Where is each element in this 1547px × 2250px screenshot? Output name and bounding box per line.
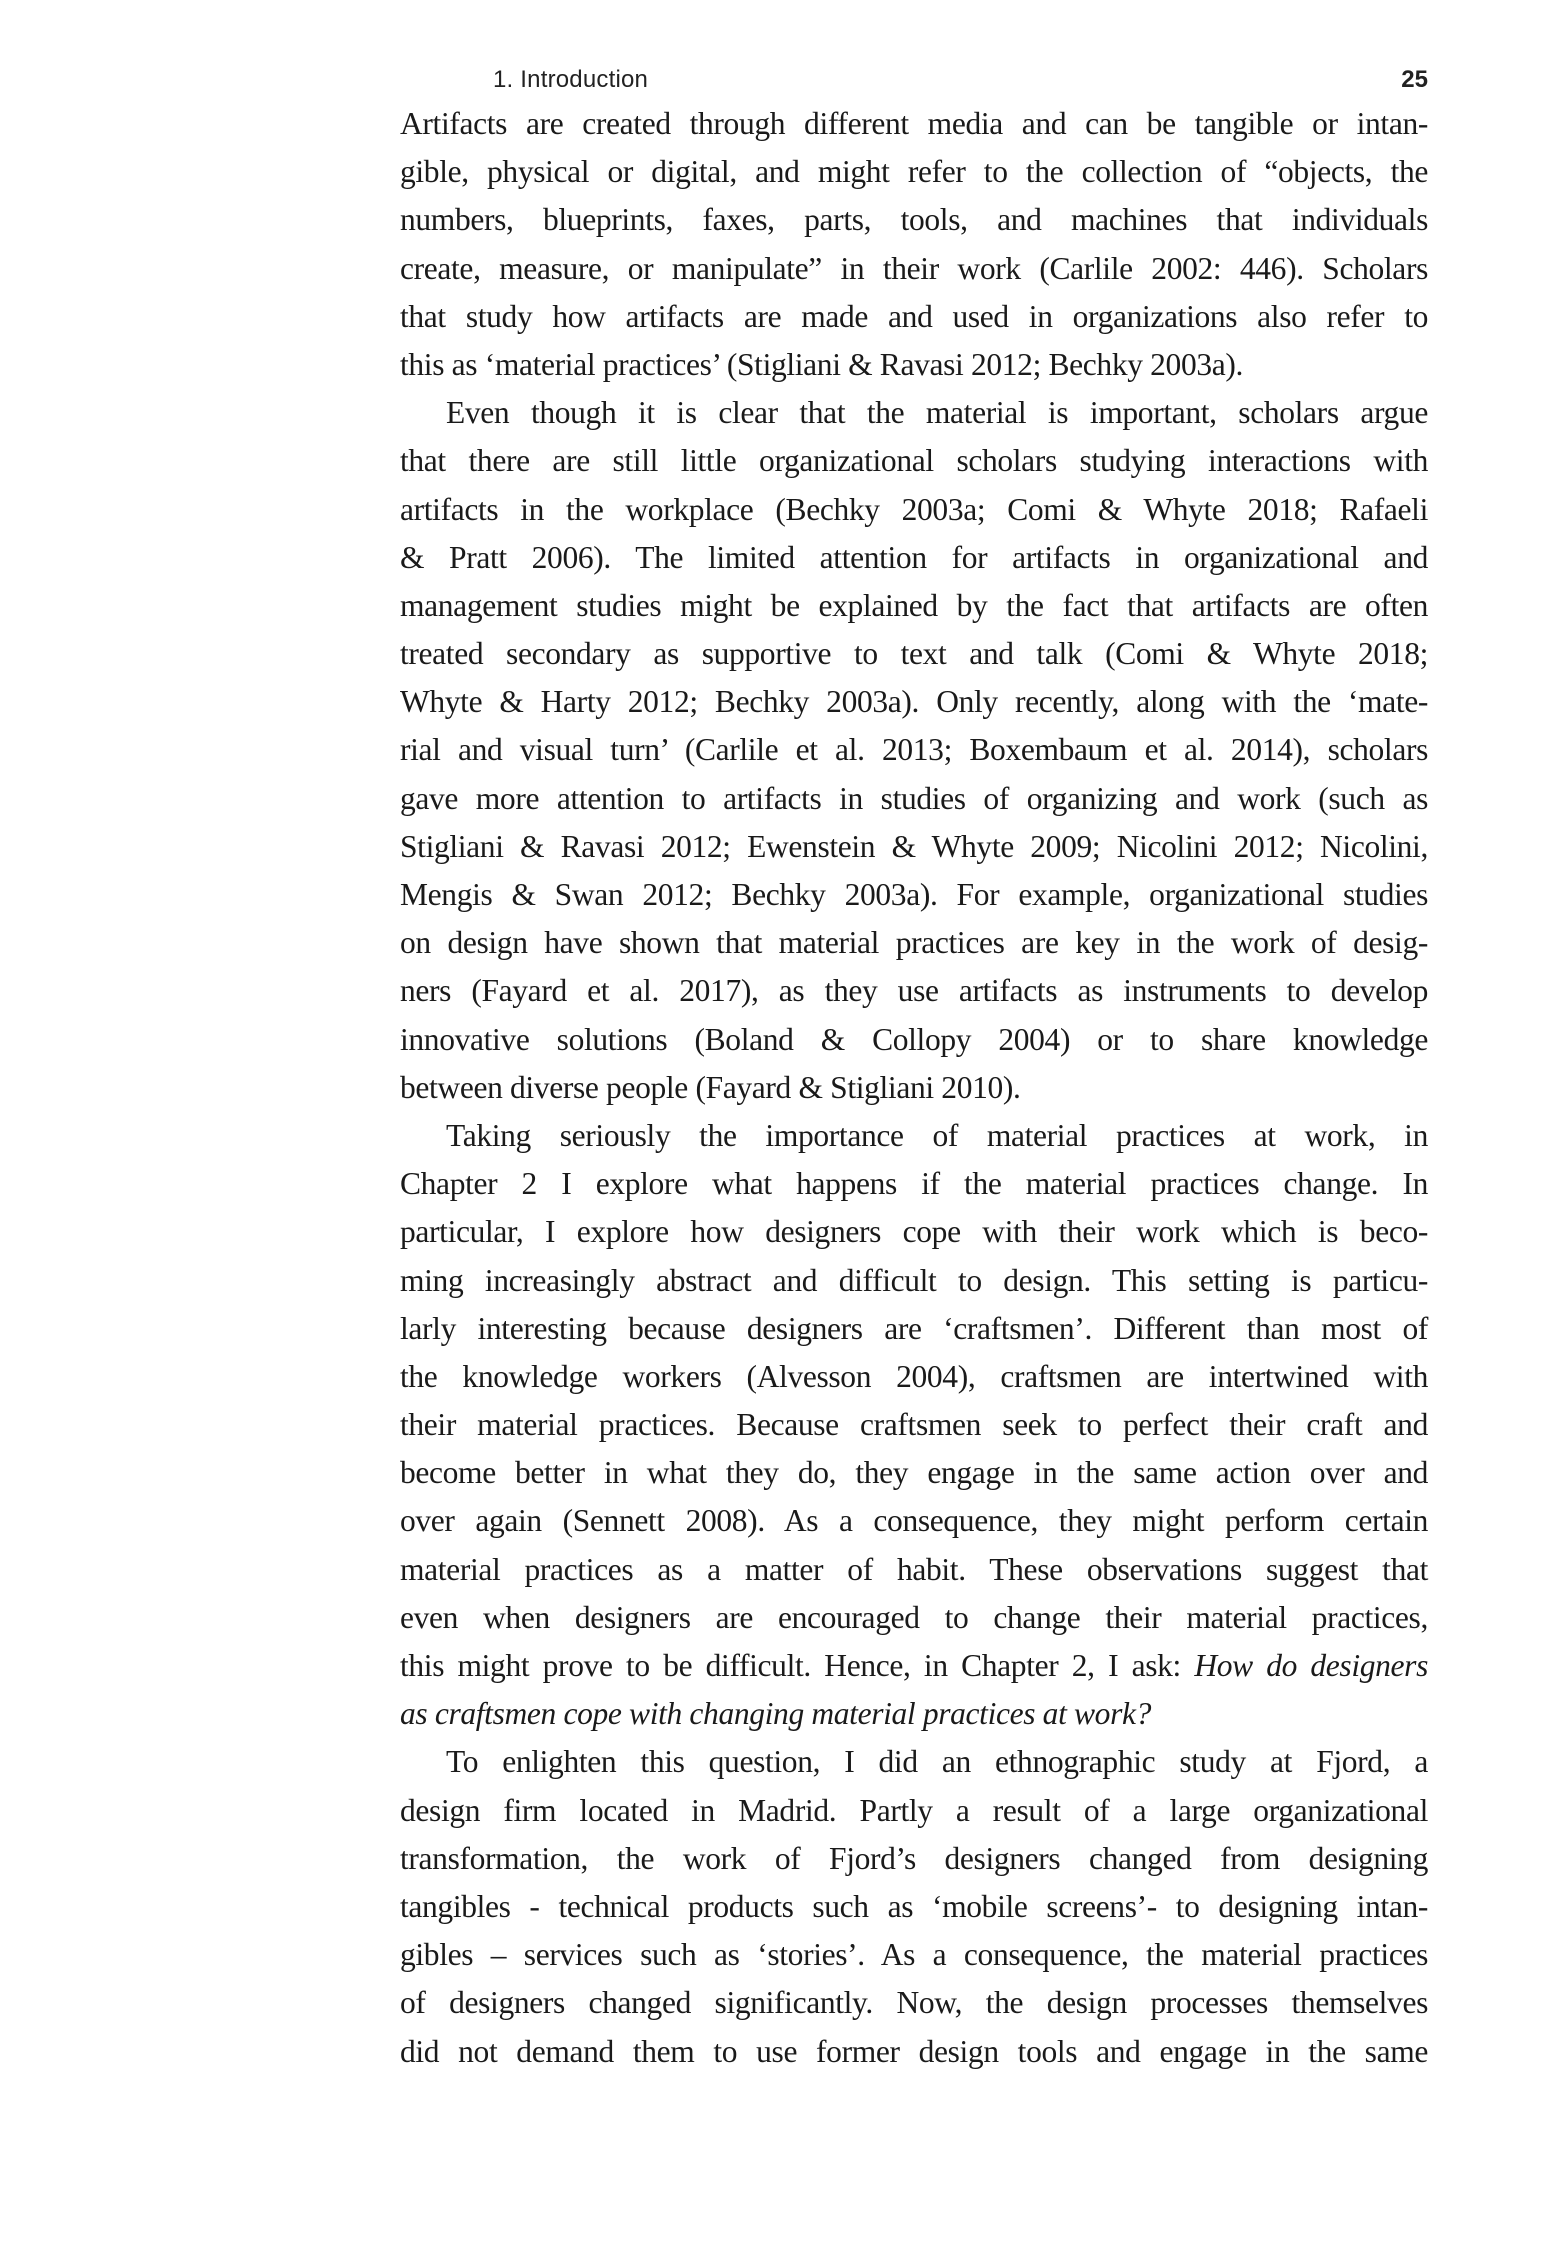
page-number: 25 [1401,66,1428,94]
chapter-title: 1. Introduction [493,66,648,94]
text-line: treated secondary as supportive to text … [400,630,1428,678]
text-line: particular, I explore how designers cope… [400,1208,1428,1256]
text-line: artifacts in the workplace (Bechky 2003a… [400,486,1428,534]
paragraph-1: Artifacts are created through different … [400,100,1428,389]
text-segment: this might prove to be difficult. Hence,… [400,1648,1194,1683]
text-line: gibles – services such as ‘stories’. As … [400,1931,1428,1979]
text-line: of designers changed significantly. Now,… [400,1979,1428,2027]
text-line: design firm located in Madrid. Partly a … [400,1787,1428,1835]
text-line: even when designers are encouraged to ch… [400,1594,1428,1642]
text-line: innovative solutions (Boland & Collopy 2… [400,1016,1428,1064]
paragraph-3: Taking seriously the importance of mater… [400,1112,1428,1738]
research-question: as craftsmen cope with changing material… [400,1696,1151,1731]
text-line: Even though it is clear that the materia… [400,389,1428,437]
text-line: on design have shown that material pract… [400,919,1428,967]
text-line: the knowledge workers (Alvesson 2004), c… [400,1353,1428,1401]
text-line: tangibles - technical products such as ‘… [400,1883,1428,1931]
text-line: Stigliani & Ravasi 2012; Ewenstein & Why… [400,823,1428,871]
text-line-question: as craftsmen cope with changing material… [400,1690,1428,1738]
text-line: transformation, the work of Fjord’s desi… [400,1835,1428,1883]
text-line: numbers, blueprints, faxes, parts, tools… [400,196,1428,244]
text-line: & Pratt 2006). The limited attention for… [400,534,1428,582]
paragraph-4: To enlighten this question, I did an eth… [400,1738,1428,2075]
text-line: material practices as a matter of habit.… [400,1546,1428,1594]
text-line: Chapter 2 I explore what happens if the … [400,1160,1428,1208]
text-line: become better in what they do, they enga… [400,1449,1428,1497]
text-line: between diverse people (Fayard & Stiglia… [400,1064,1428,1112]
text-line: Taking seriously the importance of mater… [400,1112,1428,1160]
text-line: ming increasingly abstract and difficult… [400,1257,1428,1305]
text-line: that study how artifacts are made and us… [400,293,1428,341]
text-line: Whyte & Harty 2012; Bechky 2003a). Only … [400,678,1428,726]
text-line: Mengis & Swan 2012; Bechky 2003a). For e… [400,871,1428,919]
text-line: gible, physical or digital, and might re… [400,148,1428,196]
text-line: management studies might be explained by… [400,582,1428,630]
text-line: this as ‘material practices’ (Stigliani … [400,341,1428,389]
text-line: larly interesting because designers are … [400,1305,1428,1353]
text-line: over again (Sennett 2008). As a conseque… [400,1497,1428,1545]
text-line: rial and visual turn’ (Carlile et al. 20… [400,726,1428,774]
text-line: To enlighten this question, I did an eth… [400,1738,1428,1786]
paragraph-2: Even though it is clear that the materia… [400,389,1428,1112]
text-line: that there are still little organization… [400,437,1428,485]
body-text: Artifacts are created through different … [400,100,1428,2076]
text-line: Artifacts are created through different … [400,100,1428,148]
research-question: How do designers [1194,1648,1428,1683]
text-line: their material practices. Because crafts… [400,1401,1428,1449]
text-line: ners (Fayard et al. 2017), as they use a… [400,967,1428,1015]
text-line: did not demand them to use former design… [400,2028,1428,2076]
text-line: gave more attention to artifacts in stud… [400,775,1428,823]
text-line: create, measure, or manipulate” in their… [400,245,1428,293]
text-line-with-question: this might prove to be difficult. Hence,… [400,1642,1428,1690]
